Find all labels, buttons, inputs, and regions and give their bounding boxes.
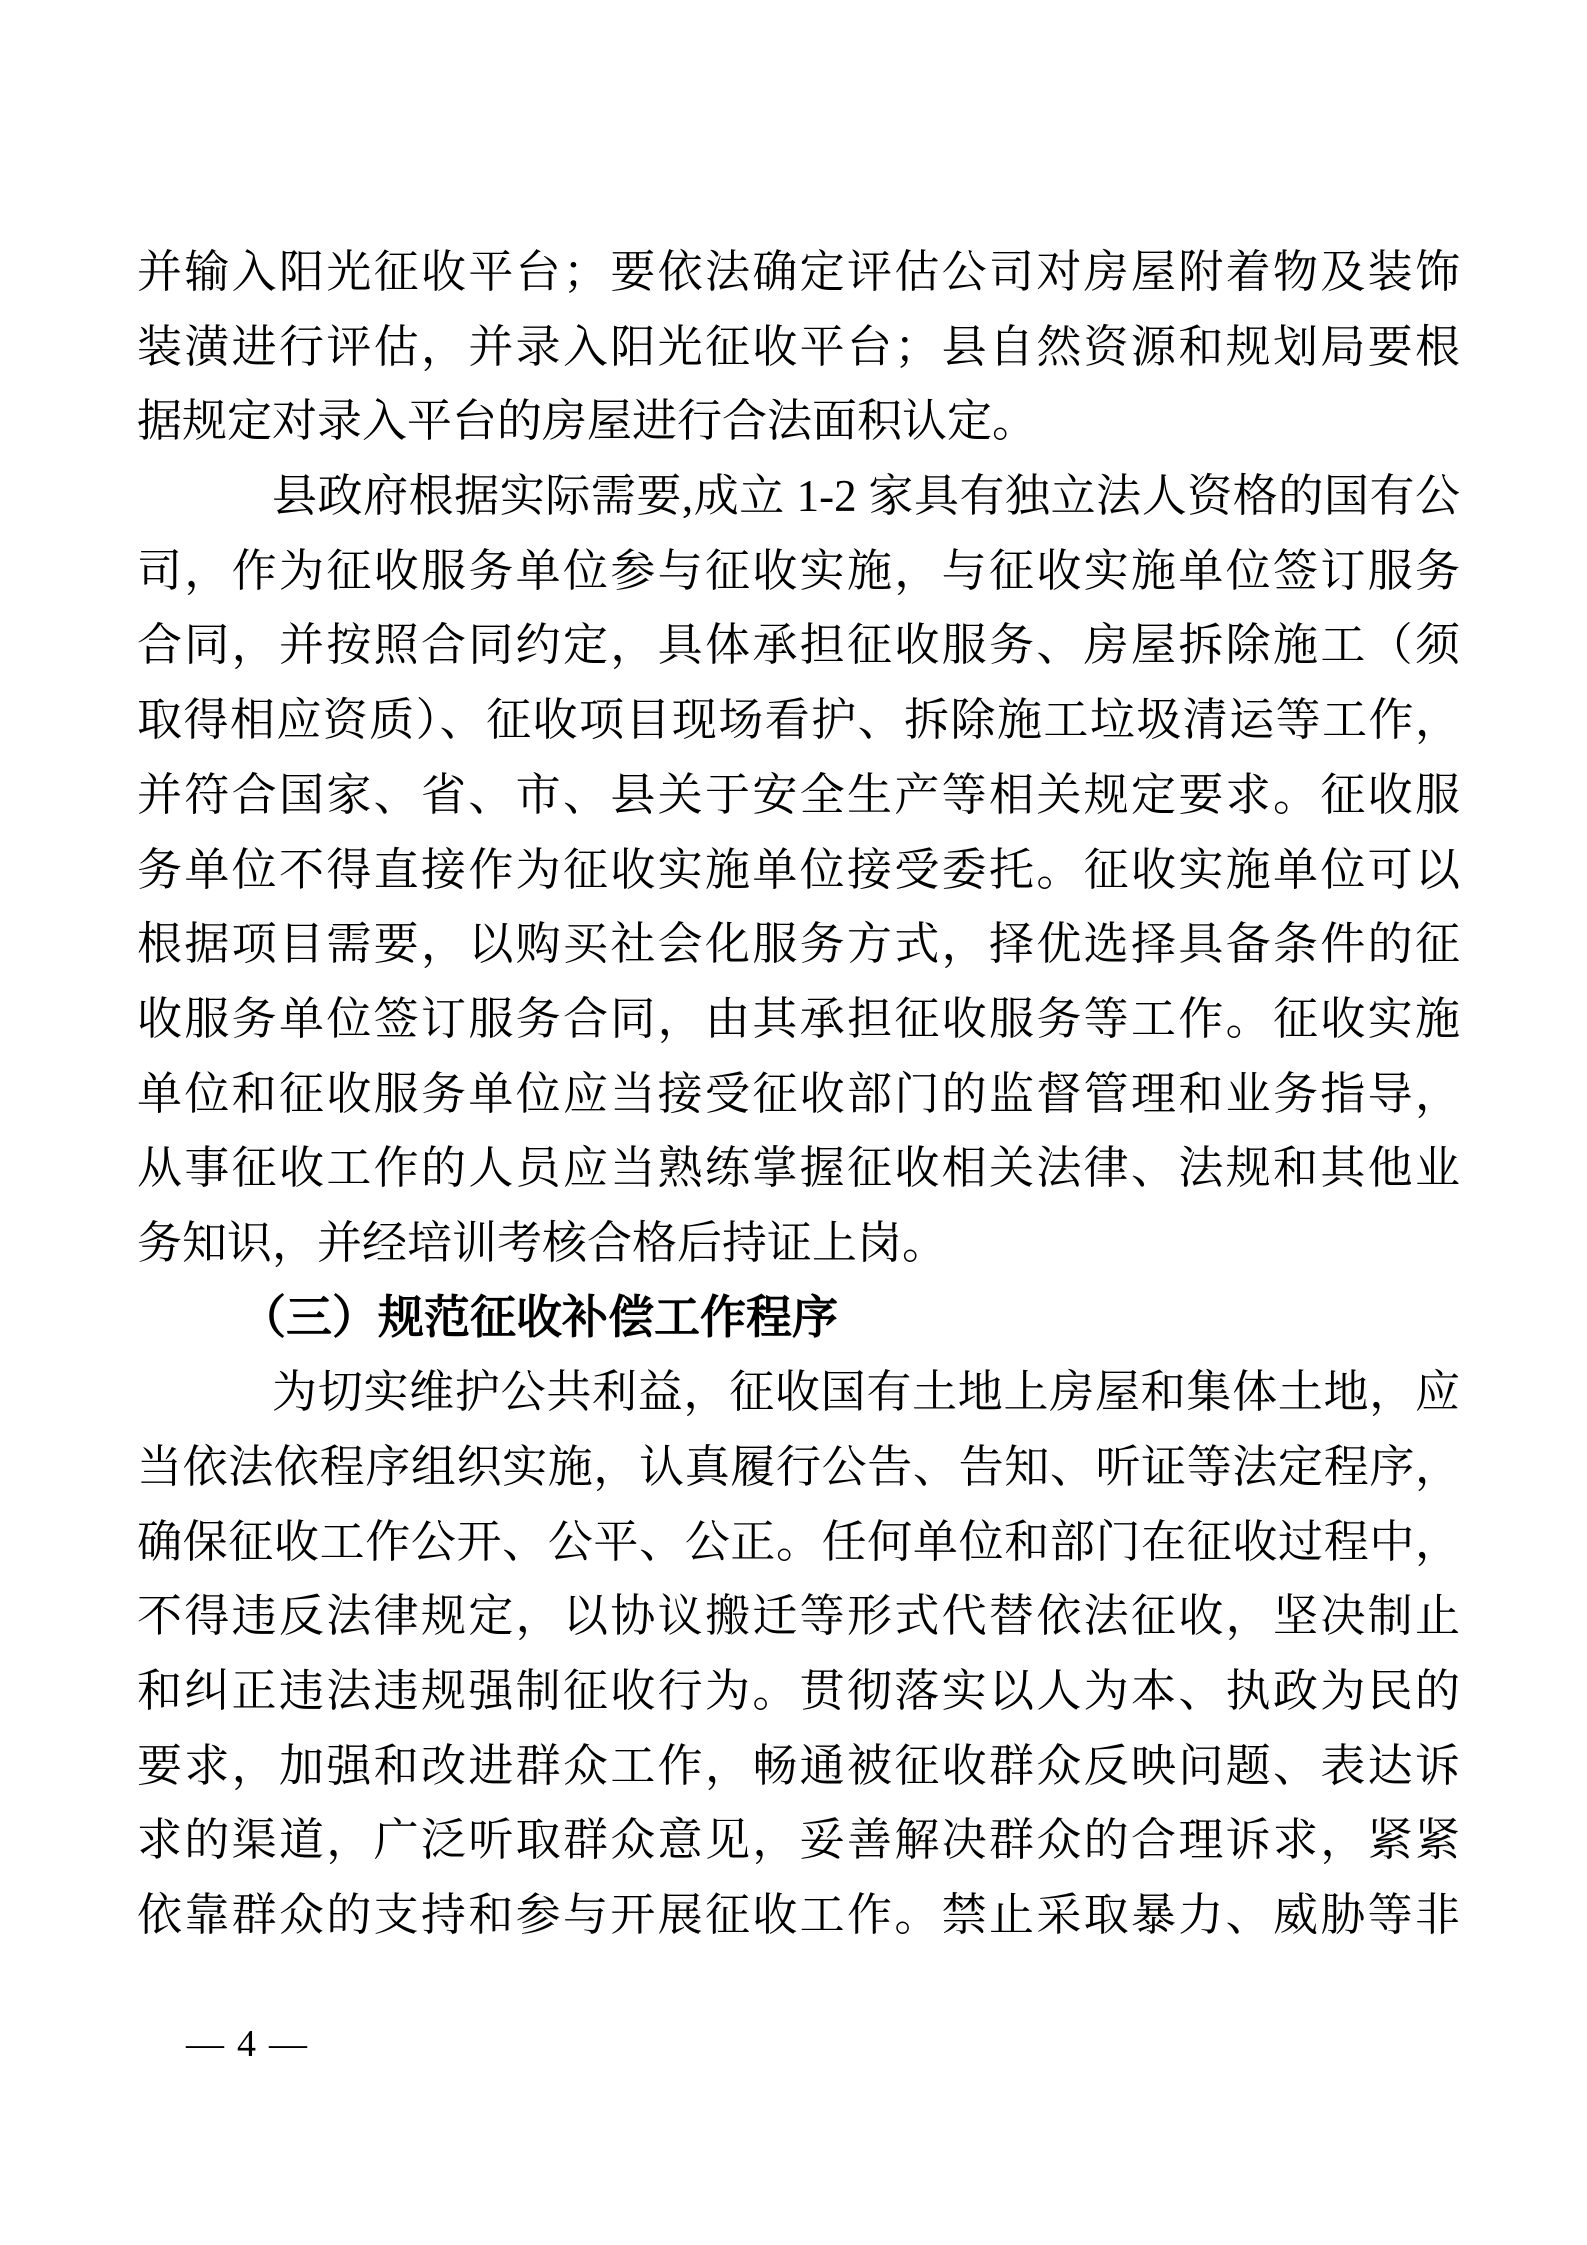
- page-number: 4: [237, 2022, 256, 2066]
- section-heading: （三）规范征收补偿工作程序: [137, 1281, 1460, 1356]
- body-line: 从事征收工作的人员应当熟练掌握征收相关法律、法规和其他业: [137, 1131, 1460, 1206]
- body-line: 装潢进行评估，并录入阳光征收平台；县自然资源和规划局要根: [137, 310, 1460, 385]
- footer-dash-right: —: [269, 2022, 307, 2066]
- body-line: 为切实维护公共利益，征收国有土地上房屋和集体土地，应: [137, 1355, 1460, 1430]
- body-line: 并输入阳光征收平台；要依法确定评估公司对房屋附着物及装饰: [137, 235, 1460, 310]
- body-line: 据规定对录入平台的房屋进行合法面积认定。: [137, 384, 1460, 459]
- body-line: 取得相应资质）、征收项目现场看护、拆除施工垃圾清运等工作，: [137, 683, 1460, 758]
- body-line: 不得违反法律规定，以协议搬迁等形式代替依法征收，坚决制止: [137, 1579, 1460, 1654]
- document-page: 并输入阳光征收平台；要依法确定评估公司对房屋附着物及装饰 装潢进行评估，并录入阳…: [0, 0, 1587, 2245]
- body-line: 当依法依程序组织实施，认真履行公告、告知、听证等法定程序，: [137, 1430, 1460, 1505]
- body-line: 务知识，并经培训考核合格后持证上岗。: [137, 1206, 1460, 1281]
- body-line: 依靠群众的支持和参与开展征收工作。禁止采取暴力、威胁等非: [137, 1878, 1460, 1953]
- document-body: 并输入阳光征收平台；要依法确定评估公司对房屋附着物及装饰 装潢进行评估，并录入阳…: [137, 235, 1460, 1953]
- body-line: 求的渠道，广泛听取群众意见，妥善解决群众的合理诉求，紧紧: [137, 1803, 1460, 1878]
- footer-dash-left: —: [186, 2022, 224, 2066]
- body-line: 和纠正违法违规强制征收行为。贯彻落实以人为本、执政为民的: [137, 1654, 1460, 1729]
- body-line: 收服务单位签订服务合同，由其承担征收服务等工作。征收实施: [137, 982, 1460, 1057]
- body-line: 合同，并按照合同约定，具体承担征收服务、房屋拆除施工（须: [137, 608, 1460, 683]
- body-line: 司，作为征收服务单位参与征收实施，与征收实施单位签订服务: [137, 534, 1460, 609]
- body-line: 务单位不得直接作为征收实施单位接受委托。征收实施单位可以: [137, 833, 1460, 908]
- body-line: 根据项目需要，以购买社会化服务方式，择优选择具备条件的征: [137, 907, 1460, 982]
- body-line: 确保征收工作公开、公平、公正。任何单位和部门在征收过程中，: [137, 1505, 1460, 1580]
- body-line: 并符合国家、省、市、县关于安全生产等相关规定要求。征收服: [137, 758, 1460, 833]
- body-line: 单位和征收服务单位应当接受征收部门的监督管理和业务指导，: [137, 1057, 1460, 1132]
- page-footer: — 4 —: [186, 2022, 307, 2066]
- body-line: 要求，加强和改进群众工作，畅通被征收群众反映问题、表达诉: [137, 1729, 1460, 1804]
- body-line: 县政府根据实际需要,成立 1-2 家具有独立法人资格的国有公: [137, 459, 1460, 534]
